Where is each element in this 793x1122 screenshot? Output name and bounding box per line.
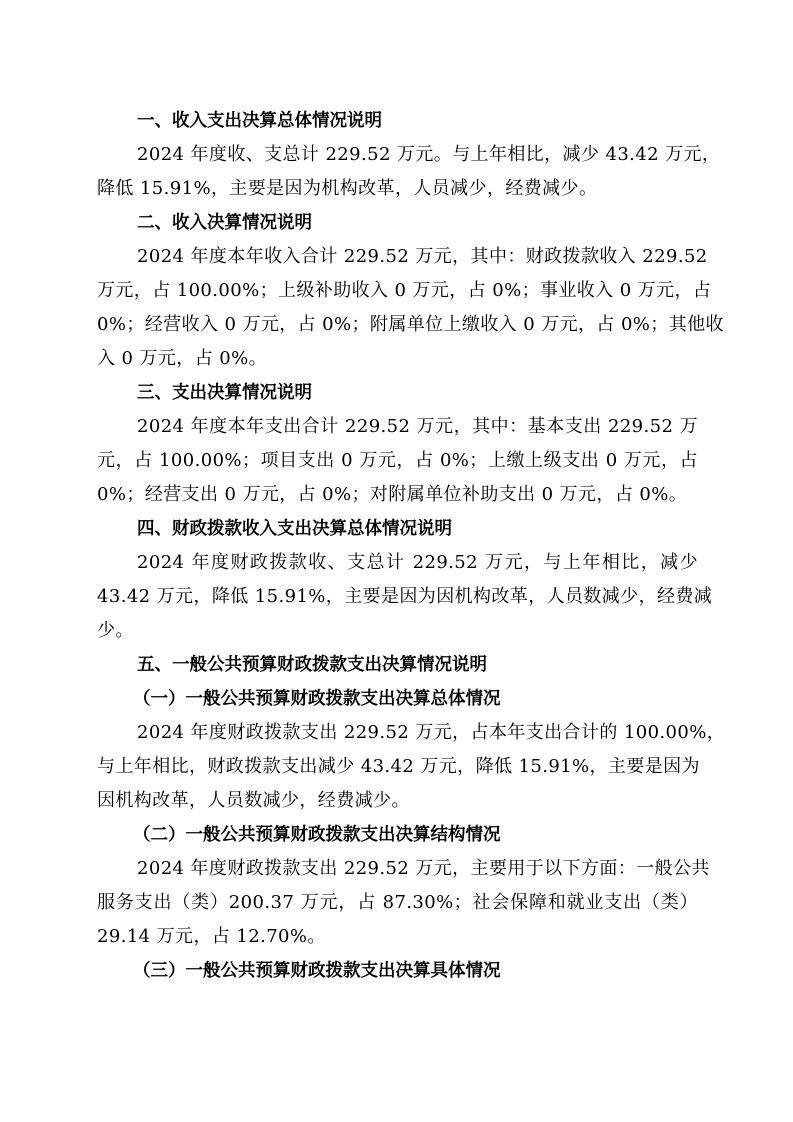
section-heading-2: 二、收入决算情况说明: [97, 206, 698, 240]
section-heading-3: 三、支出决算情况说明: [97, 376, 698, 410]
paragraph-line: 2024 年度收、支总计 229.52 万元。与上年相比，减少 43.42 万元…: [97, 138, 698, 172]
subsection-heading-5-2: （二）一般公共预算财政拨款支出决算结构情况: [97, 818, 698, 852]
paragraph-line: 43.42 万元，降低 15.91%，主要是因为因机构改革，人员数减少，经费减: [97, 580, 698, 614]
document-page: 一、收入支出决算总体情况说明 2024 年度收、支总计 229.52 万元。与上…: [97, 104, 698, 988]
section-paragraph-2: 2024 年度本年收入合计 229.52 万元，其中：财政拨款收入 229.52…: [97, 240, 698, 376]
paragraph-line: 入 0 万元，占 0%。: [97, 342, 698, 376]
subsection-heading-5-3: （三）一般公共预算财政拨款支出决算具体情况: [97, 954, 698, 988]
paragraph-line: 万元，占 100.00%；上级补助收入 0 万元，占 0%；事业收入 0 万元，…: [97, 274, 698, 308]
paragraph-line: 2024 年度财政拨款支出 229.52 万元，主要用于以下方面：一般公共: [97, 852, 698, 886]
paragraph-line: 2024 年度本年支出合计 229.52 万元，其中：基本支出 229.52 万: [97, 410, 698, 444]
section-paragraph-3: 2024 年度本年支出合计 229.52 万元，其中：基本支出 229.52 万…: [97, 410, 698, 512]
paragraph-line: 因机构改革，人员数减少，经费减少。: [97, 784, 698, 818]
subsection-paragraph-5-1: 2024 年度财政拨款支出 229.52 万元，占本年支出合计的 100.00%…: [97, 716, 698, 818]
paragraph-line: 元，占 100.00%；项目支出 0 万元，占 0%；上缴上级支出 0 万元，占: [97, 444, 698, 478]
paragraph-line: 2024 年度财政拨款收、支总计 229.52 万元，与上年相比，减少: [97, 546, 698, 580]
paragraph-line: 0%；经营支出 0 万元，占 0%；对附属单位补助支出 0 万元，占 0%。: [97, 478, 698, 512]
paragraph-line: 2024 年度本年收入合计 229.52 万元，其中：财政拨款收入 229.52: [97, 240, 698, 274]
paragraph-line: 0%；经营收入 0 万元，占 0%；附属单位上缴收入 0 万元，占 0%；其他收: [97, 308, 698, 342]
section-heading-1: 一、收入支出决算总体情况说明: [97, 104, 698, 138]
paragraph-line: 29.14 万元，占 12.70%。: [97, 920, 698, 954]
section-paragraph-4: 2024 年度财政拨款收、支总计 229.52 万元，与上年相比，减少 43.4…: [97, 546, 698, 648]
section-heading-4: 四、财政拨款收入支出决算总体情况说明: [97, 512, 698, 546]
paragraph-line: 与上年相比，财政拨款支出减少 43.42 万元，降低 15.91%，主要是因为: [97, 750, 698, 784]
paragraph-line: 2024 年度财政拨款支出 229.52 万元，占本年支出合计的 100.00%…: [97, 716, 698, 750]
subsection-heading-5-1: （一）一般公共预算财政拨款支出决算总体情况: [97, 682, 698, 716]
paragraph-line: 少。: [97, 614, 698, 648]
subsection-paragraph-5-2: 2024 年度财政拨款支出 229.52 万元，主要用于以下方面：一般公共 服务…: [97, 852, 698, 954]
section-paragraph-1: 2024 年度收、支总计 229.52 万元。与上年相比，减少 43.42 万元…: [97, 138, 698, 206]
paragraph-line: 服务支出（类）200.37 万元，占 87.30%；社会保障和就业支出（类）: [97, 886, 698, 920]
paragraph-line: 降低 15.91%，主要是因为机构改革，人员减少，经费减少。: [97, 172, 698, 206]
section-heading-5: 五、一般公共预算财政拨款支出决算情况说明: [97, 648, 698, 682]
